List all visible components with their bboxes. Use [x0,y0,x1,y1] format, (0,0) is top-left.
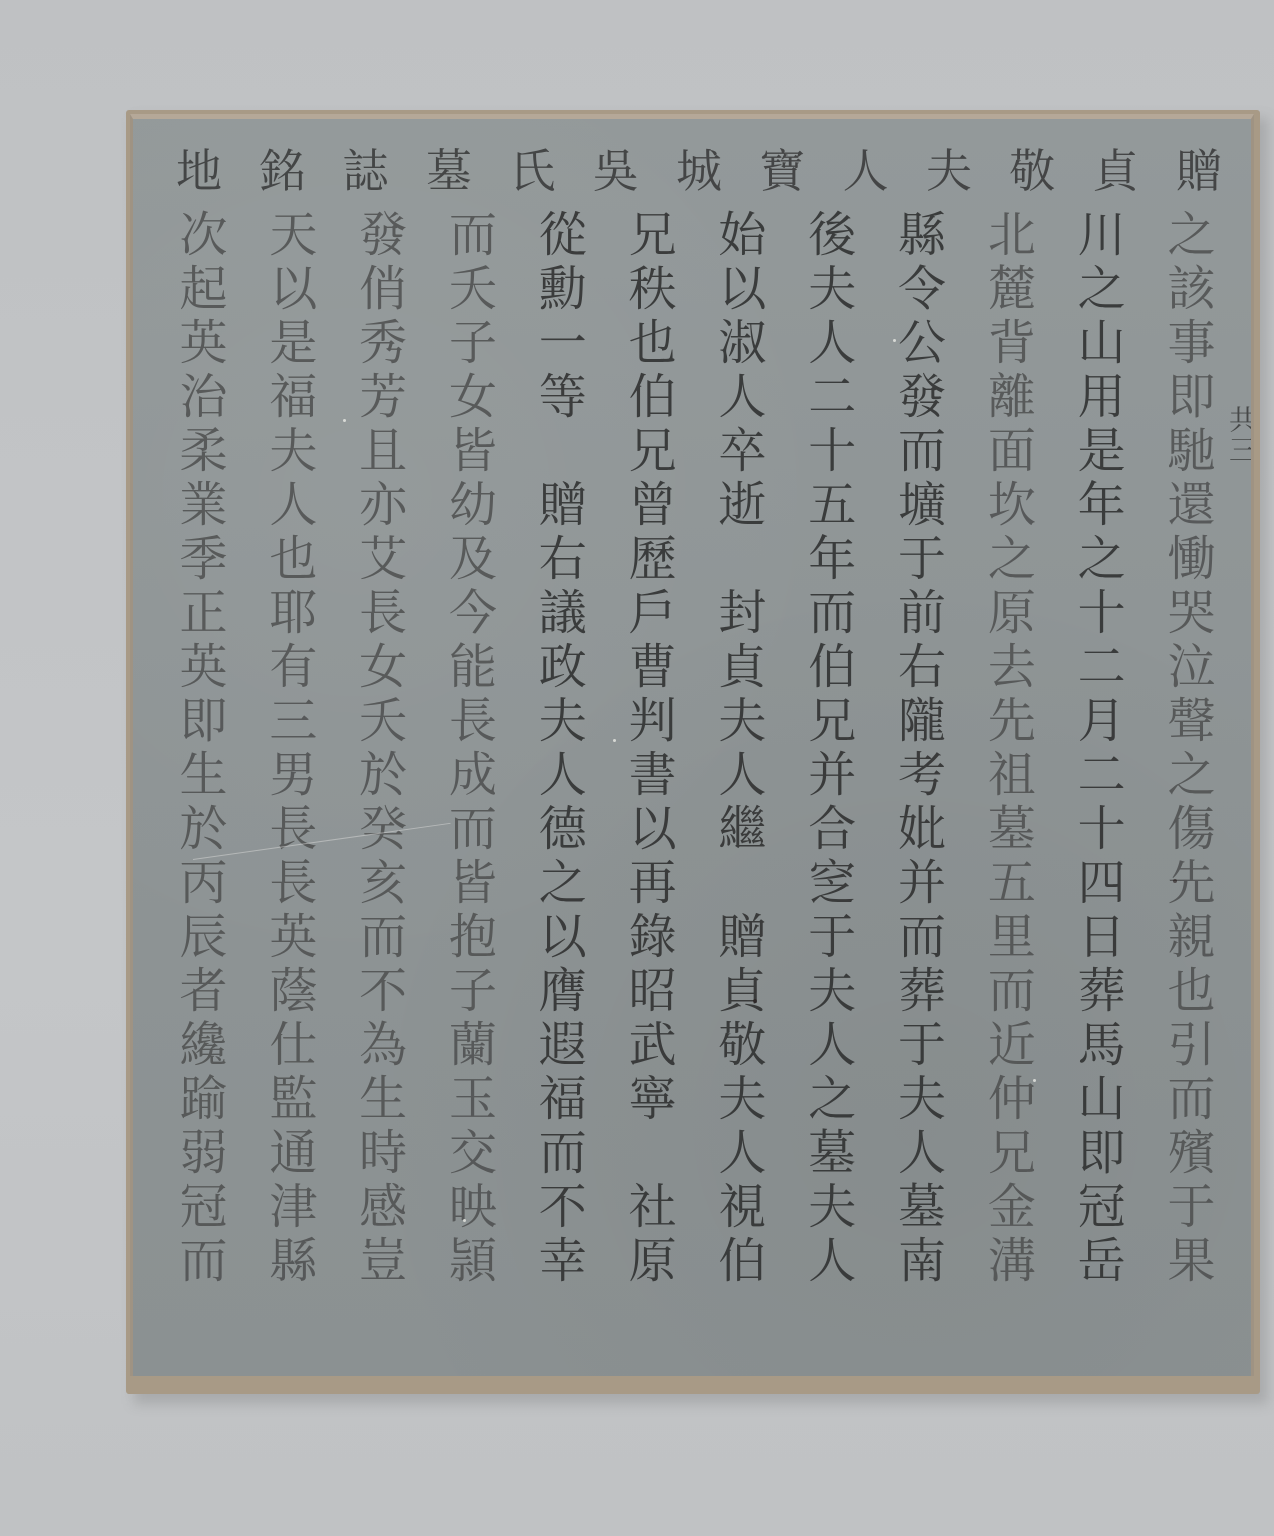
title-char: 貞 [1086,148,1146,194]
title-char: 夫 [919,148,979,194]
column-text: 縣令公發而壙于前右隴考妣并而葬于夫人墓南 [894,209,942,1289]
title-char: 氏 [502,148,562,194]
glaze-speckle [613,739,616,742]
column-text: 北麓背離面坎之原去先祖墓五里而近仲兄金溝 [983,209,1031,1289]
title-char: 吳 [586,148,646,194]
glaze-speckle [753,999,757,1003]
inscription-columns: 之該事即馳還慟哭泣聲之傷先親也引而殯于果 川之山用是年之十二月二十四日葬馬山即冠… [163,209,1223,1369]
glaze-speckle [893,339,896,342]
inscription-column: 之該事即馳還慟哭泣聲之傷先親也引而殯于果 [1151,209,1223,1369]
inscription-column: 川之山用是年之十二月二十四日葬馬山即冠岳 [1061,209,1133,1369]
tablet-title-row: 贈 貞 敬 夫 人 寶 城 吳 氏 墓 誌 銘 地 [169,141,1229,201]
inscription-column: 次起英治柔業季正英即生於丙辰者纔踰弱冠而 [163,209,235,1369]
inscription-column: 北麓背離面坎之原去先祖墓五里而近仲兄金溝 [971,209,1043,1369]
title-char: 地 [169,148,229,194]
column-text: 而夭子女皆幼及今能長成而皆抱子蘭玉交映頴 [444,209,492,1289]
title-char: 墓 [419,148,479,194]
title-char: 銘 [252,148,312,194]
column-text: 從勳一等 贈右議政夫人德之以膺遐福而不幸 [534,209,582,1289]
inscription-column: 從勳一等 贈右議政夫人德之以膺遐福而不幸 [522,209,594,1369]
title-char: 敬 [1002,148,1062,194]
glaze-speckle [343,419,346,422]
glaze-speckle [1033,1079,1036,1082]
inscription-column: 縣令公發而壙于前右隴考妣并而葬于夫人墓南 [882,209,954,1369]
glaze-speckle [1173,879,1177,883]
column-text: 後夫人二十五年而伯兄并合窆于夫人之墓夫人 [804,209,852,1289]
title-char: 贈 [1169,148,1229,194]
side-annotation: 共三 [1221,405,1254,465]
column-text: 次起英治柔業季正英即生於丙辰者纔踰弱冠而 [175,209,223,1289]
glaze-speckle [463,1219,466,1222]
inscription-column: 兄秩也伯兄曾歷戶曹判書以再錄昭武寧 社原 [612,209,684,1369]
column-text: 始以淑人卒逝 封貞夫人繼 贈貞敬夫人視伯 [714,209,762,1289]
inscription-column: 天以是福夫人也耶有三男長長英蔭仕監通津縣 [253,209,325,1369]
inscription-column: 後夫人二十五年而伯兄并合窆于夫人之墓夫人 [792,209,864,1369]
column-text: 川之山用是年之十二月二十四日葬馬山即冠岳 [1073,209,1121,1289]
title-char: 寶 [752,148,812,194]
column-text: 發俏秀芳且亦艾長女夭於癸亥而不為生時感豈 [355,209,403,1289]
inscription-column: 而夭子女皆幼及今能長成而皆抱子蘭玉交映頴 [432,209,504,1369]
column-text: 之該事即馳還慟哭泣聲之傷先親也引而殯于果 [1163,209,1211,1289]
title-char: 城 [669,148,729,194]
inscription-column: 發俏秀芳且亦艾長女夭於癸亥而不為生時感豈 [343,209,415,1369]
epitaph-tablet: 贈 貞 敬 夫 人 寶 城 吳 氏 墓 誌 銘 地 共三 之該事即馳還慟哭泣聲之… [130,114,1254,1376]
title-char: 人 [836,148,896,194]
title-char: 誌 [336,148,396,194]
inscription-column: 始以淑人卒逝 封貞夫人繼 贈貞敬夫人視伯 [702,209,774,1369]
column-text: 兄秩也伯兄曾歷戶曹判書以再錄昭武寧 社原 [624,209,672,1289]
column-text: 天以是福夫人也耶有三男長長英蔭仕監通津縣 [265,209,313,1289]
